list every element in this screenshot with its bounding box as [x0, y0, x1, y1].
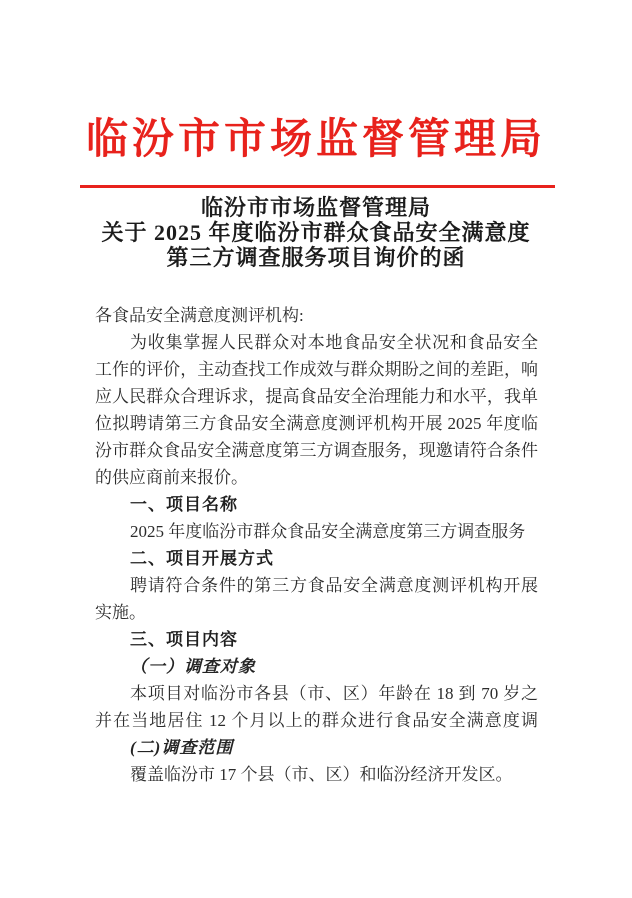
body-line: 覆盖临汾市 17 个县（市、区）和临汾经济开发区。: [95, 761, 538, 788]
document-title-line: 关于 2025 年度临汾市群众食品安全满意度: [40, 220, 592, 245]
document-page: 临汾市市场监督管理局 临汾市市场监督管理局 关于 2025 年度临汾市群众食品安…: [0, 0, 632, 898]
body-line: 位拟聘请第三方食品安全满意度测评机构开展 2025 年度临: [95, 410, 538, 437]
document-title-line: 第三方调查服务项目询价的函: [40, 245, 592, 270]
body-line: 本项目对临汾市各县（市、区）年龄在 18 到 70 岁之间，: [95, 680, 538, 707]
body-line: 的供应商前来报价。: [95, 464, 538, 491]
body-line: 二、项目开展方式: [95, 545, 538, 572]
red-separator-line: [80, 185, 555, 188]
body-line: 聘请符合条件的第三方食品安全满意度测评机构开展: [95, 572, 538, 599]
body-line: 三、项目内容: [95, 626, 538, 653]
body-line: 2025 年度临汾市群众食品安全满意度第三方调查服务: [95, 518, 538, 545]
letterhead-org-name: 临汾市市场监督管理局: [0, 112, 632, 168]
body-line: 并在当地居住 12 个月以上的群众进行食品安全满意度调查。: [95, 707, 538, 734]
document-title: 临汾市市场监督管理局 关于 2025 年度临汾市群众食品安全满意度 第三方调查服…: [40, 195, 592, 270]
body-line: 工作的评价，主动查找工作成效与群众期盼之间的差距，响: [95, 356, 538, 383]
body-line: （一）调查对象: [95, 653, 538, 680]
body-line: 为收集掌握人民群众对本地食品安全状况和食品安全: [95, 329, 538, 356]
body-line: 应人民群众合理诉求，提高食品安全治理能力和水平，我单: [95, 383, 538, 410]
body-line: 各食品安全满意度测评机构:: [95, 302, 538, 329]
body-line: 实施。: [95, 599, 538, 626]
document-body: 各食品安全满意度测评机构:为收集掌握人民群众对本地食品安全状况和食品安全工作的评…: [95, 302, 538, 788]
body-line: 一、项目名称: [95, 491, 538, 518]
body-line: (二)调查范围: [95, 734, 538, 761]
body-line: 汾市群众食品安全满意度第三方调查服务，现邀请符合条件: [95, 437, 538, 464]
document-title-line: 临汾市市场监督管理局: [40, 195, 592, 220]
